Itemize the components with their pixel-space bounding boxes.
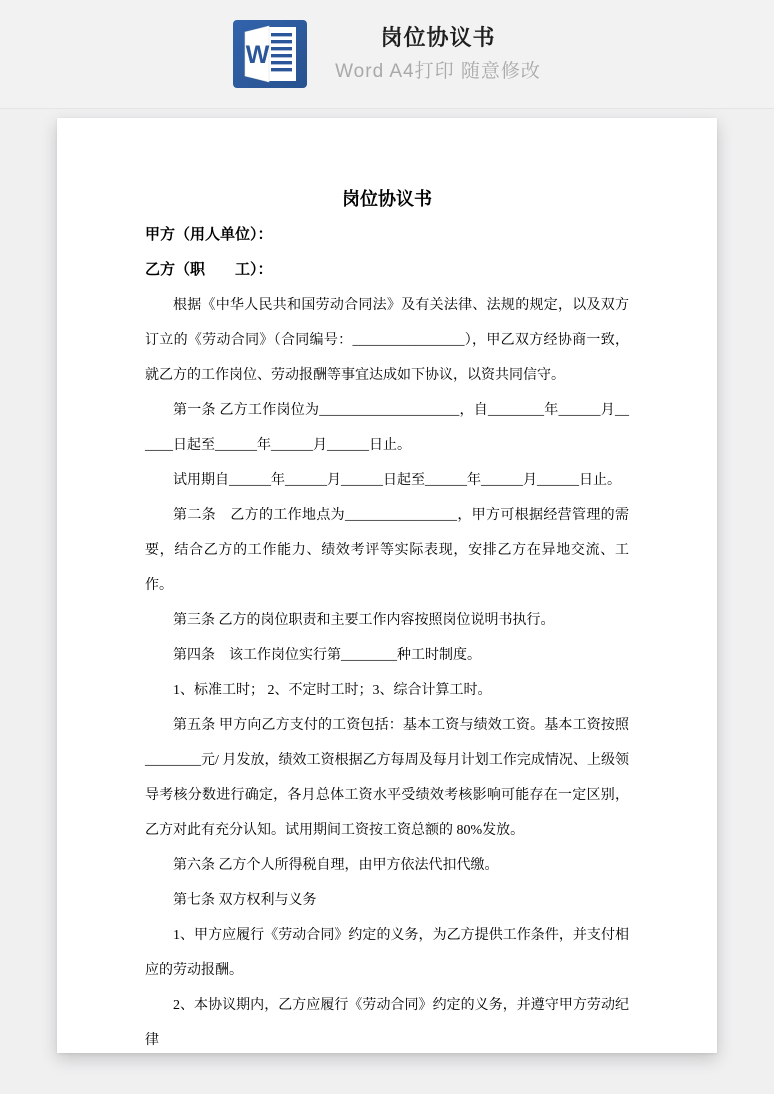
doc-paragraph-article-3: 第三条 乙方的岗位职责和主要工作内容按照岗位说明书执行。 <box>145 603 629 638</box>
party-a-line: 甲方（用人单位）： <box>145 218 629 253</box>
doc-paragraph-article-6: 第六条 乙方个人所得税自理，由甲方依法代扣代缴。 <box>145 848 629 883</box>
word-icon-letter: W <box>246 41 270 69</box>
doc-paragraph-article-1: 第一条 乙方工作岗位为____________________，自_______… <box>145 393 629 463</box>
doc-paragraph-hour-options: 1、标准工时； 2、不定时工时；3、综合计算工时。 <box>145 673 629 708</box>
document-title: 岗位协议书 <box>145 180 629 218</box>
doc-paragraph-article-2: 第二条 乙方的工作地点为________________，甲方可根据经营管理的需… <box>145 498 629 603</box>
document-page: 岗位协议书 甲方（用人单位）： 乙方（职 工）： 根据《中华人民共和国劳动合同法… <box>57 118 717 1053</box>
doc-paragraph-obligation-2: 2、本协议期内，乙方应履行《劳动合同》约定的义务，并遵守甲方劳动纪律 <box>145 988 629 1053</box>
doc-paragraph-obligation-1: 1、甲方应履行《劳动合同》约定的义务，为乙方提供工作条件，并支付相应的劳动报酬。 <box>145 918 629 988</box>
doc-paragraph-article-4: 第四条 该工作岗位实行第________种工时制度。 <box>145 638 629 673</box>
header-text-block: 岗位协议书 Word A4打印 随意修改 <box>335 23 541 86</box>
doc-paragraph-article-5: 第五条 甲方向乙方支付的工资包括：基本工资与绩效工资。基本工资按照_______… <box>145 708 629 848</box>
doc-paragraph-article-7: 第七条 双方权利与义务 <box>145 883 629 918</box>
party-b-line: 乙方（职 工）： <box>145 253 629 288</box>
preview-header: W 岗位协议书 Word A4打印 随意修改 <box>0 0 774 109</box>
doc-paragraph-preamble: 根据《中华人民共和国劳动合同法》及有关法律、法规的规定，以及双方订立的《劳动合同… <box>145 288 629 393</box>
template-title: 岗位协议书 <box>380 23 495 53</box>
word-icon: W <box>233 20 307 88</box>
template-subtitle: Word A4打印 随意修改 <box>335 58 541 86</box>
doc-paragraph-probation: 试用期自______年______月______日起至______年______… <box>145 463 629 498</box>
